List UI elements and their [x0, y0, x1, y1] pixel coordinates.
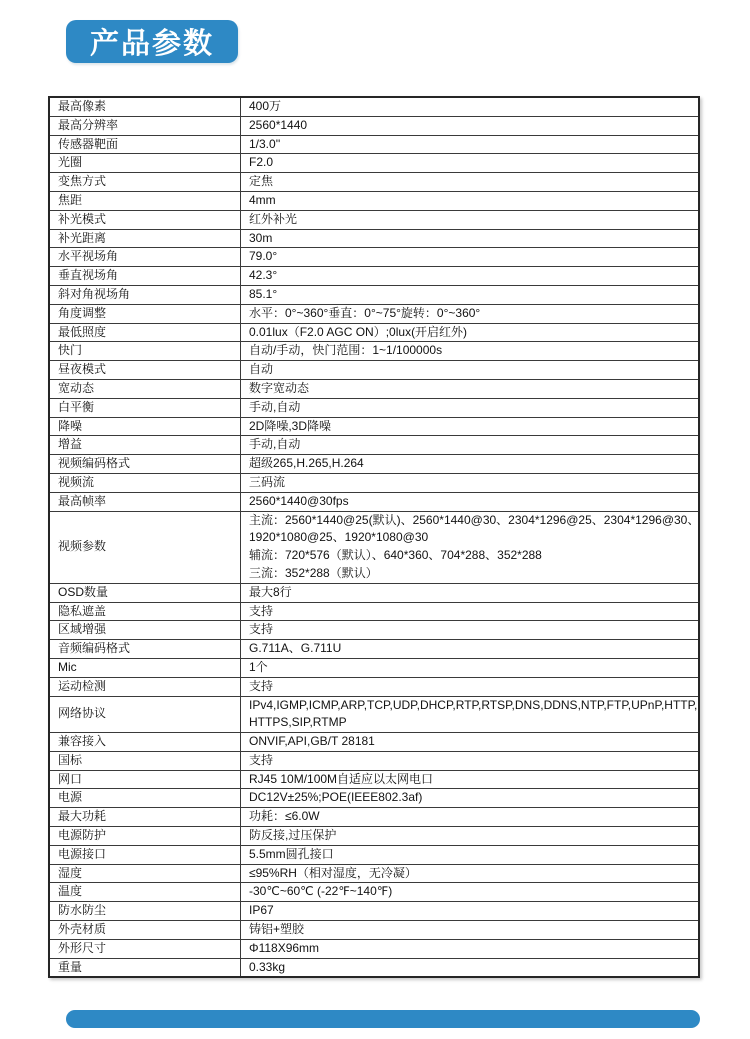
spec-value-line: 三码流 [249, 474, 698, 492]
spec-value-line: 支持 [249, 603, 698, 621]
spec-value-cell: 铸铝+塑胶 [241, 921, 700, 940]
spec-name-cell: 垂直视场角 [49, 267, 241, 286]
spec-value-line: 2D降噪,3D降噪 [249, 418, 698, 436]
spec-value-cell: 数字宽动态 [241, 379, 700, 398]
spec-value-line: 1个 [249, 659, 698, 677]
spec-value-line: 三流：352*288（默认） [249, 565, 698, 583]
spec-name-cell: 补光模式 [49, 210, 241, 229]
table-row: 温度-30℃~60℃ (-22℉~140℉) [49, 883, 699, 902]
spec-value-cell: 30m [241, 229, 700, 248]
spec-value-line: 定焦 [249, 173, 698, 191]
table-row: 变焦方式定焦 [49, 173, 699, 192]
spec-value-line: DC12V±25%;POE(IEEE802.3af) [249, 789, 698, 807]
spec-value-line: 水平：0°~360°垂直：0°~75°旋转：0°~360° [249, 305, 698, 323]
spec-name-cell: 电源接口 [49, 845, 241, 864]
table-row: 昼夜模式自动 [49, 361, 699, 380]
table-row: 防水防尘IP67 [49, 902, 699, 921]
spec-name-cell: 传感器靶面 [49, 135, 241, 154]
spec-value-line: 手动,自动 [249, 399, 698, 417]
spec-name-cell: 降噪 [49, 417, 241, 436]
spec-name-cell: 隐私遮盖 [49, 602, 241, 621]
spec-name-cell: 最大功耗 [49, 808, 241, 827]
spec-value-cell: F2.0 [241, 154, 700, 173]
spec-value-cell: 5.5mm圆孔接口 [241, 845, 700, 864]
spec-value-cell: 支持 [241, 677, 700, 696]
spec-value-line: 5.5mm圆孔接口 [249, 846, 698, 864]
spec-value-cell: IP67 [241, 902, 700, 921]
spec-value-cell: Φ118X96mm [241, 939, 700, 958]
spec-name-cell: 视频参数 [49, 511, 241, 583]
table-row: 湿度≤95%RH（相对湿度，无冷凝） [49, 864, 699, 883]
spec-value-cell: 支持 [241, 602, 700, 621]
table-row: OSD数量最大8行 [49, 583, 699, 602]
spec-name-cell: 温度 [49, 883, 241, 902]
table-row: 白平衡手动,自动 [49, 398, 699, 417]
spec-value-cell: 支持 [241, 751, 700, 770]
page-title: 产品参数 [66, 20, 238, 63]
table-row: 隐私遮盖支持 [49, 602, 699, 621]
spec-value-cell: 0.33kg [241, 958, 700, 977]
spec-name-cell: OSD数量 [49, 583, 241, 602]
table-row: 电源DC12V±25%;POE(IEEE802.3af) [49, 789, 699, 808]
spec-name-cell: 角度调整 [49, 304, 241, 323]
spec-name-cell: 水平视场角 [49, 248, 241, 267]
spec-value-cell: 2D降噪,3D降噪 [241, 417, 700, 436]
spec-name-cell: 运动检测 [49, 677, 241, 696]
table-row: 区域增强支持 [49, 621, 699, 640]
spec-value-cell: 主流：2560*1440@25(默认)、2560*1440@30、2304*12… [241, 511, 700, 583]
product-spec-table-body: 最高像素400万最高分辨率2560*1440传感器靶面1/3.0''光圈F2.0… [49, 97, 699, 977]
spec-value-cell: 手动,自动 [241, 398, 700, 417]
spec-value-line: 4mm [249, 192, 698, 210]
table-row: 视频编码格式超级265,H.265,H.264 [49, 455, 699, 474]
spec-value-line: 2560*1440 [249, 117, 698, 135]
table-row: 外形尺寸Φ118X96mm [49, 939, 699, 958]
spec-value-cell: 水平：0°~360°垂直：0°~75°旋转：0°~360° [241, 304, 700, 323]
spec-value-cell: 功耗：≤6.0W [241, 808, 700, 827]
spec-value-cell: 最大8行 [241, 583, 700, 602]
spec-value-line: 30m [249, 230, 698, 248]
spec-value-cell: G.711A、G.711U [241, 640, 700, 659]
table-row: 最大功耗功耗：≤6.0W [49, 808, 699, 827]
spec-value-line: 支持 [249, 752, 698, 770]
spec-value-line: 0.01lux（F2.0 AGC ON）;0lux(开启红外) [249, 324, 698, 342]
spec-name-cell: 湿度 [49, 864, 241, 883]
spec-value-line: 自动/手动，快门范围：1~1/100000s [249, 342, 698, 360]
table-row: 垂直视场角42.3° [49, 267, 699, 286]
spec-value-line: ONVIF,API,GB/T 28181 [249, 733, 698, 751]
spec-value-line: 0.33kg [249, 959, 698, 977]
spec-name-cell: 最高帧率 [49, 492, 241, 511]
spec-value-cell: 1个 [241, 658, 700, 677]
table-row: 网络协议IPv4,IGMP,ICMP,ARP,TCP,UDP,DHCP,RTP,… [49, 696, 699, 733]
spec-name-cell: 变焦方式 [49, 173, 241, 192]
spec-name-cell: 重量 [49, 958, 241, 977]
spec-value-cell: 79.0° [241, 248, 700, 267]
spec-value-cell: ≤95%RH（相对湿度，无冷凝） [241, 864, 700, 883]
spec-name-cell: 区域增强 [49, 621, 241, 640]
spec-name-cell: 最高像素 [49, 97, 241, 116]
spec-name-cell: 最高分辨率 [49, 116, 241, 135]
spec-value-cell: 42.3° [241, 267, 700, 286]
spec-value-cell: 支持 [241, 621, 700, 640]
table-row: 增益手动,自动 [49, 436, 699, 455]
spec-value-line: 数字宽动态 [249, 380, 698, 398]
table-row: 电源防护防反接,过压保护 [49, 827, 699, 846]
table-row: 最低照度0.01lux（F2.0 AGC ON）;0lux(开启红外) [49, 323, 699, 342]
table-row: 国标支持 [49, 751, 699, 770]
spec-value-cell: 400万 [241, 97, 700, 116]
spec-value-line: 2560*1440@30fps [249, 493, 698, 511]
table-row: 网口RJ45 10M/100M自适应以太网电口 [49, 770, 699, 789]
table-row: 外壳材质铸铝+塑胶 [49, 921, 699, 940]
spec-name-cell: 最低照度 [49, 323, 241, 342]
spec-name-cell: 焦距 [49, 191, 241, 210]
spec-value-line: F2.0 [249, 154, 698, 172]
page-title-text: 产品参数 [90, 21, 214, 62]
table-row: 音频编码格式G.711A、G.711U [49, 640, 699, 659]
spec-value-line: 红外补光 [249, 211, 698, 229]
spec-name-cell: 网络协议 [49, 696, 241, 733]
spec-value-cell: 0.01lux（F2.0 AGC ON）;0lux(开启红外) [241, 323, 700, 342]
table-row: 宽动态数字宽动态 [49, 379, 699, 398]
table-row: 降噪2D降噪,3D降噪 [49, 417, 699, 436]
table-row: 斜对角视场角85.1° [49, 285, 699, 304]
spec-name-cell: 兼容接入 [49, 733, 241, 752]
spec-name-cell: 快门 [49, 342, 241, 361]
spec-value-cell: RJ45 10M/100M自适应以太网电口 [241, 770, 700, 789]
spec-value-line: 功耗：≤6.0W [249, 808, 698, 826]
table-row: 焦距4mm [49, 191, 699, 210]
spec-value-line: 超级265,H.265,H.264 [249, 455, 698, 473]
spec-name-cell: 外壳材质 [49, 921, 241, 940]
spec-name-cell: 电源防护 [49, 827, 241, 846]
spec-value-line: Φ118X96mm [249, 940, 698, 958]
spec-name-cell: 视频流 [49, 473, 241, 492]
spec-value-line: 防反接,过压保护 [249, 827, 698, 845]
spec-value-cell: 自动 [241, 361, 700, 380]
table-row: 水平视场角79.0° [49, 248, 699, 267]
spec-value-cell: 自动/手动，快门范围：1~1/100000s [241, 342, 700, 361]
spec-value-line: 主流：2560*1440@25(默认)、2560*1440@30、2304*12… [249, 512, 698, 530]
spec-name-cell: 补光距离 [49, 229, 241, 248]
spec-value-cell: 2560*1440 [241, 116, 700, 135]
table-row: Mic1个 [49, 658, 699, 677]
spec-name-cell: 网口 [49, 770, 241, 789]
table-row: 兼容接入ONVIF,API,GB/T 28181 [49, 733, 699, 752]
table-row: 快门自动/手动，快门范围：1~1/100000s [49, 342, 699, 361]
spec-value-line: 自动 [249, 361, 698, 379]
spec-value-cell: 三码流 [241, 473, 700, 492]
spec-value-line: -30℃~60℃ (-22℉~140℉) [249, 883, 698, 901]
table-row: 运动检测支持 [49, 677, 699, 696]
table-row: 重量0.33kg [49, 958, 699, 977]
spec-value-cell: -30℃~60℃ (-22℉~140℉) [241, 883, 700, 902]
spec-value-cell: 手动,自动 [241, 436, 700, 455]
spec-name-cell: 国标 [49, 751, 241, 770]
table-row: 传感器靶面1/3.0'' [49, 135, 699, 154]
table-row: 角度调整水平：0°~360°垂直：0°~75°旋转：0°~360° [49, 304, 699, 323]
spec-value-line: 85.1° [249, 286, 698, 304]
table-row: 视频流三码流 [49, 473, 699, 492]
spec-value-line: 400万 [249, 98, 698, 116]
spec-value-cell: 4mm [241, 191, 700, 210]
table-row: 补光距离30m [49, 229, 699, 248]
spec-value-cell: 1/3.0'' [241, 135, 700, 154]
spec-value-line: 铸铝+塑胶 [249, 921, 698, 939]
spec-value-cell: 2560*1440@30fps [241, 492, 700, 511]
spec-name-cell: 视频编码格式 [49, 455, 241, 474]
spec-value-cell: DC12V±25%;POE(IEEE802.3af) [241, 789, 700, 808]
spec-value-line: 1/3.0'' [249, 136, 698, 154]
spec-name-cell: 宽动态 [49, 379, 241, 398]
spec-name-cell: 白平衡 [49, 398, 241, 417]
table-row: 最高帧率2560*1440@30fps [49, 492, 699, 511]
spec-value-cell: ONVIF,API,GB/T 28181 [241, 733, 700, 752]
spec-name-cell: 音频编码格式 [49, 640, 241, 659]
table-row: 光圈F2.0 [49, 154, 699, 173]
spec-value-line: IP67 [249, 902, 698, 920]
spec-value-line: 辅流：720*576（默认）、640*360、704*288、352*288 [249, 547, 698, 565]
spec-value-line: RJ45 10M/100M自适应以太网电口 [249, 771, 698, 789]
spec-value-line: 79.0° [249, 248, 698, 266]
spec-value-line: ≤95%RH（相对湿度，无冷凝） [249, 865, 698, 883]
spec-value-cell: 超级265,H.265,H.264 [241, 455, 700, 474]
spec-name-cell: Mic [49, 658, 241, 677]
spec-value-line: G.711A、G.711U [249, 640, 698, 658]
spec-name-cell: 增益 [49, 436, 241, 455]
spec-name-cell: 昼夜模式 [49, 361, 241, 380]
spec-value-line: 最大8行 [249, 584, 698, 602]
table-row: 最高分辨率2560*1440 [49, 116, 699, 135]
spec-value-line: HTTPS,SIP,RTMP [249, 714, 698, 732]
table-row: 视频参数主流：2560*1440@25(默认)、2560*1440@30、230… [49, 511, 699, 583]
spec-value-line: 支持 [249, 678, 698, 696]
spec-name-cell: 电源 [49, 789, 241, 808]
spec-value-cell: 防反接,过压保护 [241, 827, 700, 846]
spec-value-line: 42.3° [249, 267, 698, 285]
product-spec-table: 最高像素400万最高分辨率2560*1440传感器靶面1/3.0''光圈F2.0… [48, 96, 700, 978]
spec-value-cell: IPv4,IGMP,ICMP,ARP,TCP,UDP,DHCP,RTP,RTSP… [241, 696, 700, 733]
spec-value-line: 手动,自动 [249, 436, 698, 454]
spec-name-cell: 光圈 [49, 154, 241, 173]
spec-value-line: IPv4,IGMP,ICMP,ARP,TCP,UDP,DHCP,RTP,RTSP… [249, 697, 698, 715]
spec-value-line: 1920*1080@25、1920*1080@30 [249, 529, 698, 547]
spec-name-cell: 斜对角视场角 [49, 285, 241, 304]
table-row: 电源接口5.5mm圆孔接口 [49, 845, 699, 864]
spec-name-cell: 外形尺寸 [49, 939, 241, 958]
table-row: 补光模式红外补光 [49, 210, 699, 229]
spec-value-cell: 定焦 [241, 173, 700, 192]
spec-value-cell: 85.1° [241, 285, 700, 304]
spec-value-line: 支持 [249, 621, 698, 639]
table-row: 最高像素400万 [49, 97, 699, 116]
spec-value-cell: 红外补光 [241, 210, 700, 229]
spec-name-cell: 防水防尘 [49, 902, 241, 921]
next-section-divider-bar [66, 1010, 700, 1028]
